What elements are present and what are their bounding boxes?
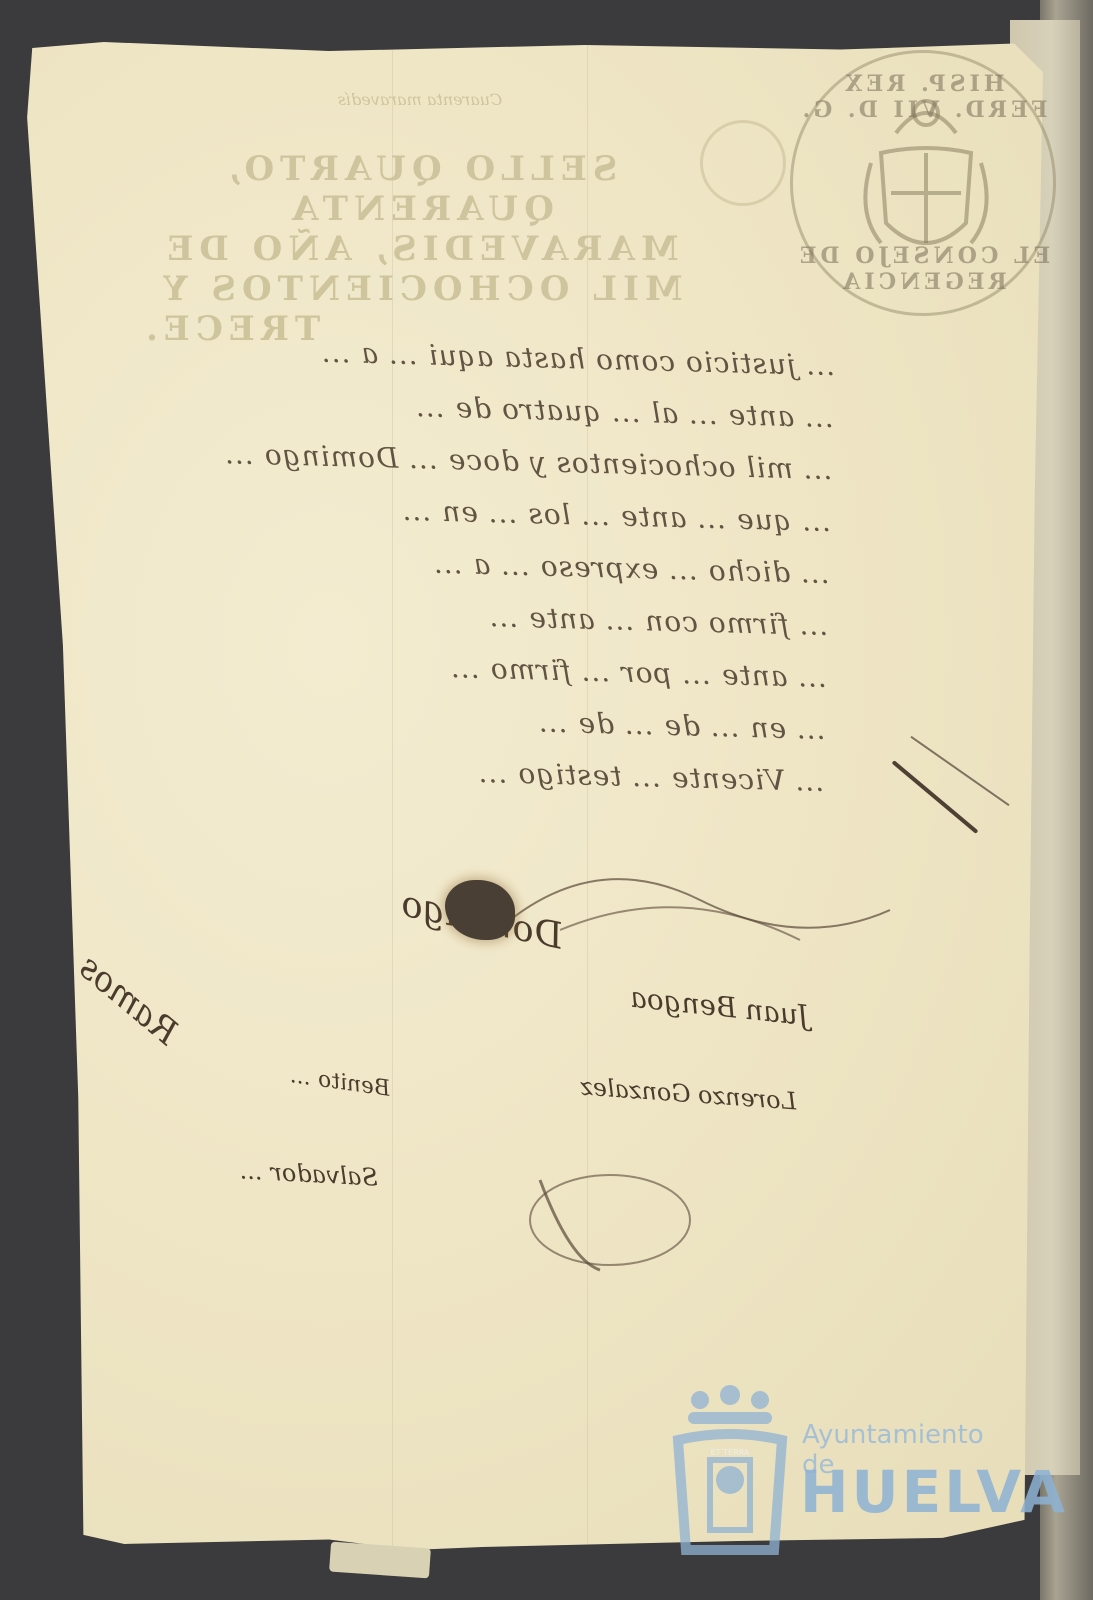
signature-block: Ramos Domingo Juan Bengoa Benito ... Lor… (70, 780, 890, 1260)
header-denomination: Cuarenta maravedís (130, 90, 710, 109)
torn-paper-fragment (329, 1542, 431, 1579)
rubric-flourish-icon (510, 1160, 710, 1280)
signature: Salvador ... (239, 1156, 378, 1191)
royal-seal: HISP. REX FERD. VII D. G. EL CONSEJO DE … (790, 50, 1056, 316)
ornament-icon (700, 120, 786, 206)
header-title-line: MIL OCHOCIENTOS Y (130, 269, 710, 309)
manuscript-body: ... justicio como hasta aqui ... a ... .… (54, 320, 836, 808)
signature: Juan Bengoa (629, 981, 811, 1033)
seal-bottom-text: EL CONSEJO DE REGENCIA (793, 243, 1053, 295)
stamped-paper-header: Cuarenta maravedís SELLO QUARTO, QUARENT… (130, 90, 710, 349)
huelva-watermark: ET TERRA Ayuntamiento de HUELVA (670, 1380, 1000, 1570)
watermark-motto: ET TERRA (711, 1448, 750, 1457)
signature: Ramos (71, 947, 186, 1053)
signature: Lorenzo Gonzalez (579, 1072, 797, 1115)
header-title-line: SELLO QUARTO, QUARENTA (130, 149, 710, 229)
watermark-line-2: HUELVA (800, 1458, 1068, 1526)
header-title-line: MARAVEDIS, AÑO DE (130, 229, 710, 269)
flourish-icon (500, 840, 900, 960)
signature: Benito ... (289, 1063, 392, 1102)
huelva-coat-of-arms-icon: ET TERRA (670, 1380, 790, 1560)
